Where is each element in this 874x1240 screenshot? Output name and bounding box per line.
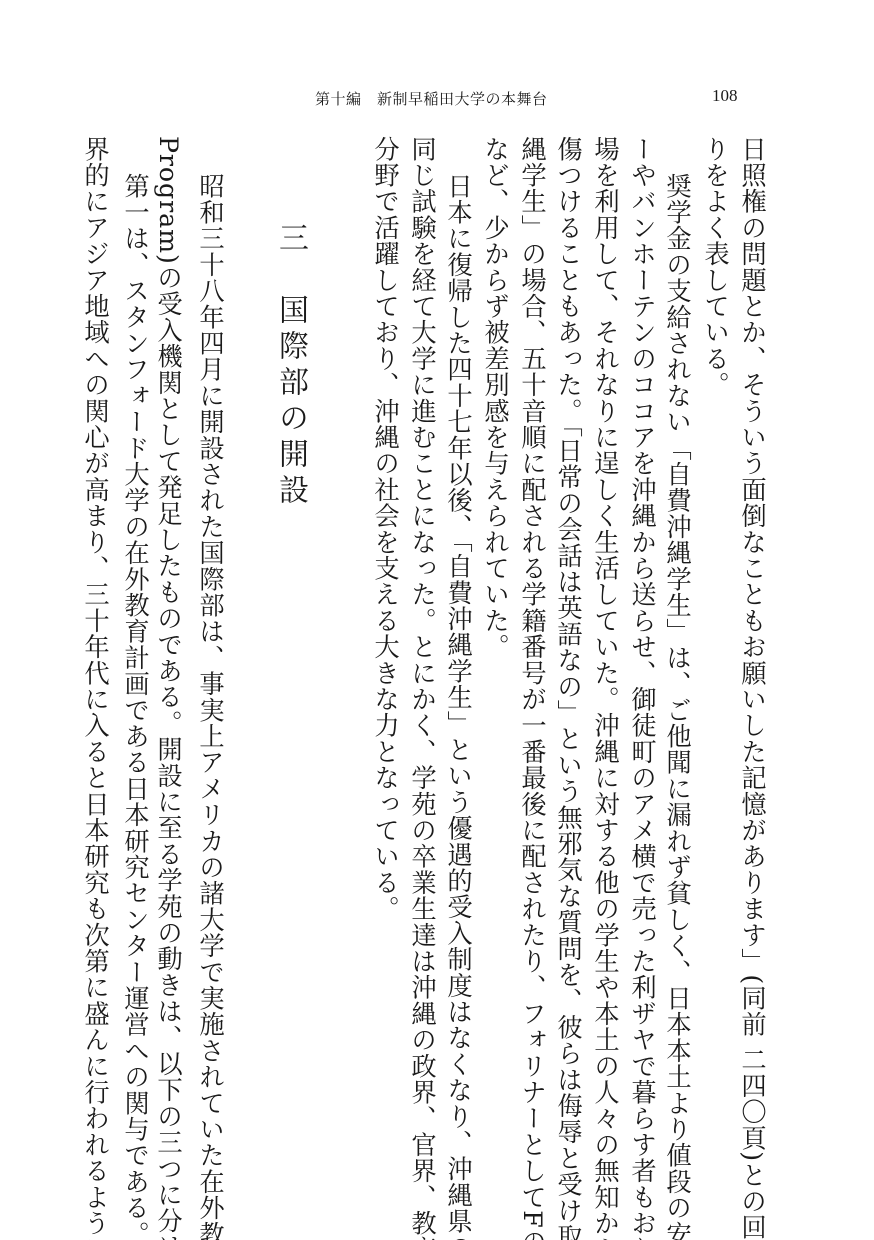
text-column: ーやバンホーテンのココアを沖縄から送らせ、御徒町のアメ横で売った利ザヤで暮らす者…: [627, 136, 657, 1136]
text-column: 傷つけることもあった。「日常の会話は英語なの」という無邪気な質問を、彼らは侮辱と…: [553, 136, 583, 1136]
page-number: 108: [712, 86, 738, 106]
text-column: Program)の受入機関として発足したものである。開設に至る学苑の動きは、以下…: [153, 136, 183, 1136]
text-column: 奨学金の支給されない「自費沖縄学生」は、ご他聞に漏れず貧しく、日本本土より値段の…: [662, 173, 692, 1173]
running-head-title: 第十編 新制早稲田大学の本舞台: [315, 88, 548, 109]
text-column: 昭和三十八年四月に開設された国際部は、事実上アメリカの諸大学で実施されていた在外…: [195, 173, 225, 1173]
text-column: 第一は、スタンフォード大学の在外教育計画である日本研究センター運営への関与である…: [120, 173, 150, 1173]
text-column: 日照権の問題とか、そういう面倒なこともお願いした記憶があります」(同前 二四〇頁…: [737, 136, 767, 1136]
text-column: など、少からず被差別感を与えられていた。: [480, 136, 510, 1136]
book-page: 第十編 新制早稲田大学の本舞台 108 日照権の問題とか、そういう面倒なこともお…: [0, 0, 874, 1240]
text-column: 場を利用して、それなりに逞しく生活していた。沖縄に対する他の学生や本土の人々の無…: [590, 136, 620, 1136]
text-column: 分野で活躍しており、沖縄の社会を支える大きな力となっている。: [370, 136, 400, 1136]
text-column: 界的にアジア地域への関心が高まり、三十年代に入ると日本研究も次第に盛んに行われる…: [80, 136, 110, 1136]
text-column: 日本に復帰した四十七年以後、「自費沖縄学生」という優遇的受入制度はなくなり、沖縄…: [443, 173, 473, 1173]
section-heading: 三 国際部の開設: [272, 222, 308, 510]
text-column: 同じ試験を経て大学に進むことになった。とにかく、学苑の卒業生達は沖縄の政界、官界…: [407, 136, 437, 1136]
text-column: 縄学生」の場合、五十音順に配される学籍番号が一番最後に配されたり、フォリナーとし…: [517, 136, 547, 1136]
text-column: りをよく表している。: [700, 136, 730, 1136]
